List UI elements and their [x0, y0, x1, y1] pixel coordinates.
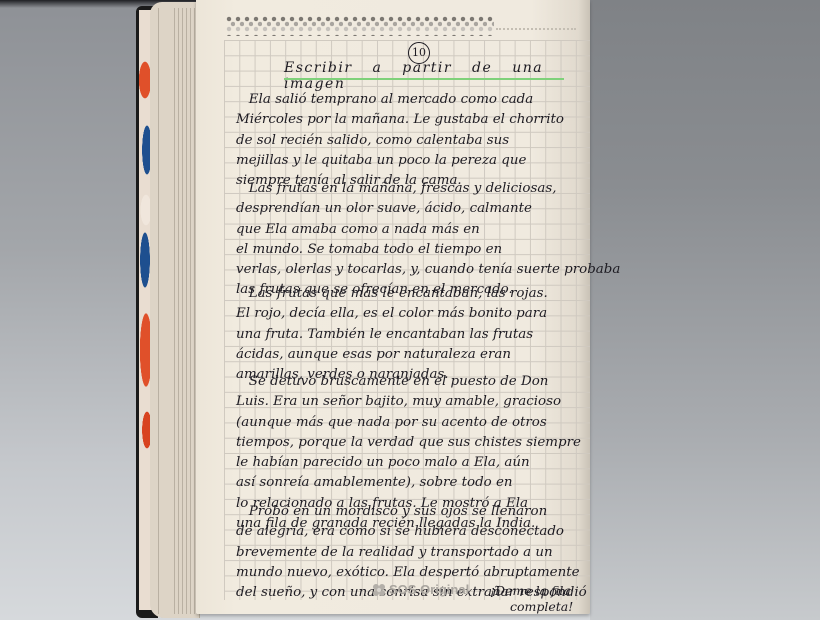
closing-line-2: completa! [490, 599, 590, 615]
page-stack [150, 2, 200, 618]
page-edge [182, 8, 183, 614]
page-title: Escribir a partir de una imagen [284, 60, 584, 94]
page-edge [186, 8, 187, 614]
title-highlight-underline [284, 78, 564, 80]
decorative-dash-line [496, 28, 576, 32]
decorative-dot-border [226, 16, 494, 36]
watermark: SOS Original [372, 582, 469, 597]
page-edge [190, 8, 191, 614]
page-edge [178, 8, 179, 614]
page-edge [194, 8, 195, 614]
notebook-page: 10 Escribir a partir de una imagen Ela s… [196, 0, 590, 614]
paragraph-3: Las frutas que más le encantaban, las ro… [236, 284, 591, 385]
paragraph-2: Las frutas en la mañana, frescas y delic… [236, 179, 591, 301]
page-edge [174, 8, 175, 614]
closing-line-1: ¡Deme la fila [490, 583, 590, 599]
watermark-text: SOS Original [389, 582, 469, 597]
paragraph-1: Ela salió temprano al mercado como cada … [236, 90, 591, 191]
sos-logo-icon [372, 583, 386, 597]
closing-quote: ¡Deme la fila completa! [490, 583, 590, 615]
background-surface [590, 0, 820, 620]
page-edge [158, 8, 159, 614]
